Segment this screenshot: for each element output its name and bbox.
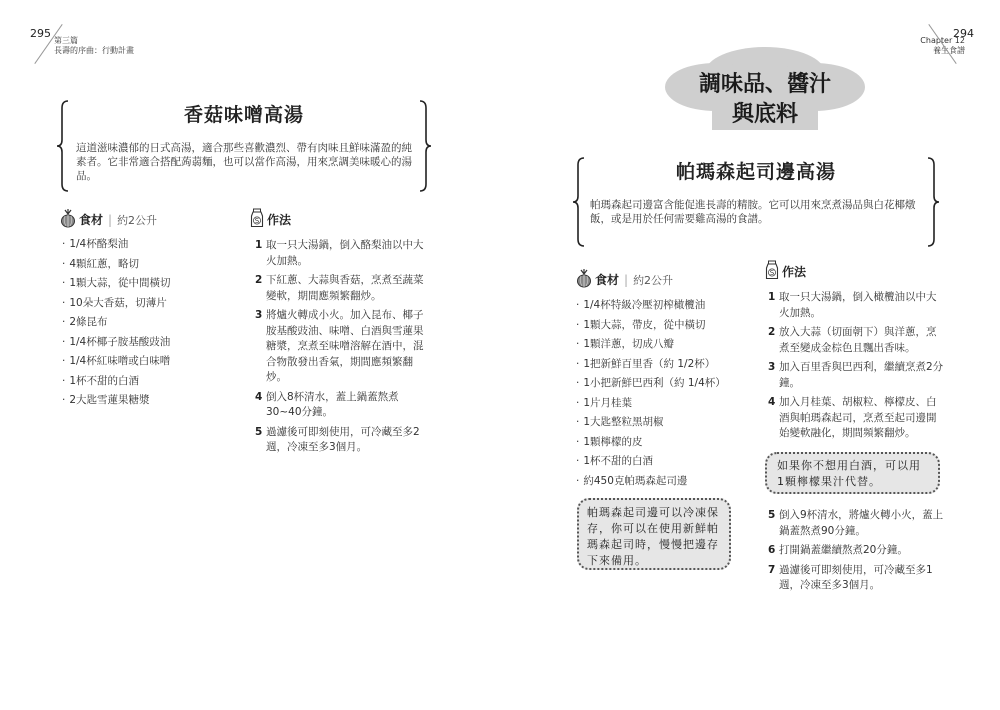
running-head: 第三篇 長壽的序曲：行動計畫 [54, 36, 134, 56]
step-item: 3加入百里香與巴西利，繼續烹煮2分鐘。 [768, 360, 944, 391]
banner-line-2: 與底料 [660, 97, 870, 128]
step-text: 過濾後可即刻使用，可冷藏至多2週，冷凍至多3個月。 [266, 425, 427, 456]
recipe-title: 帕瑪森起司邊高湯 [578, 157, 934, 184]
recipe-header-box: 香菇味噌高湯 這道滋味濃郁的日式高湯，適合那些喜歡濃烈、帶有肉味且鮮味滿盈的純素… [62, 100, 426, 192]
recipe-description: 帕瑪森起司邊富含能促進長壽的精胺。它可以用來烹煮湯品與白花椰燉飯，或是用於任何需… [578, 184, 934, 226]
step-text: 倒入8杯清水，蓋上鍋蓋熬煮30~40分鐘。 [266, 390, 427, 421]
spice-jar-icon: S [765, 260, 779, 283]
step-text: 下紅蔥、大蒜與香菇，烹煮至蔬菜變軟，期間應頻繁翻炒。 [266, 273, 427, 304]
step-number: 7 [768, 563, 779, 594]
step-text: 將爐火轉成小火。加入昆布、椰子胺基酸豉油、味噌、白酒與雪蓮果糖漿，烹煮至味噌溶解… [266, 308, 427, 386]
step-text: 放入大蒜（切面朝下）與洋蔥，烹煮至變成金棕色且飄出香味。 [779, 325, 944, 356]
separator: | [624, 273, 628, 287]
ingredient-item: 1顆洋蔥，切成八瓣 [576, 335, 726, 355]
step-item: 1取一只大湯鍋，倒入酪梨油以中大火加熱。 [255, 238, 427, 269]
part-title: 長壽的序曲：行動計畫 [54, 46, 134, 56]
ingredient-item: 1把新鮮百里香（約 1/2杯） [576, 355, 726, 375]
step-number: 2 [768, 325, 779, 356]
onion-icon [576, 268, 592, 291]
step-number: 4 [255, 390, 266, 421]
method-label: 作法 [782, 263, 806, 280]
ingredients-label: 食材 [79, 211, 103, 228]
step-number: 3 [255, 308, 266, 386]
recipe-title: 香菇味噌高湯 [62, 100, 426, 127]
ingredient-item: 約450克帕瑪森起司邊 [576, 472, 726, 492]
recipe-description: 這道滋味濃郁的日式高湯，適合那些喜歡濃烈、帶有肉味且鮮味滿盈的純素者。它非常適合… [62, 127, 426, 183]
yield: 約2公升 [117, 212, 157, 228]
step-item: 2放入大蒜（切面朝下）與洋蔥，烹煮至變成金棕色且飄出香味。 [768, 325, 944, 356]
method-steps-part-1: 1取一只大湯鍋，倒入橄欖油以中大火加熱。 2放入大蒜（切面朝下）與洋蔥，烹煮至變… [768, 290, 944, 446]
step-text: 加入百里香與巴西利，繼續烹煮2分鐘。 [779, 360, 944, 391]
step-text: 取一只大湯鍋，倒入橄欖油以中大火加熱。 [779, 290, 944, 321]
method-label: 作法 [267, 211, 291, 228]
separator: | [108, 213, 112, 227]
ingredients-heading: 食材 | 約2公升 [60, 208, 157, 231]
ingredient-list: 1/4杯酪梨油 4顆紅蔥，略切 1顆大蒜，從中間橫切 10朵大香菇，切薄片 2條… [62, 235, 171, 411]
step-number: 1 [255, 238, 266, 269]
ingredient-item: 1片月桂葉 [576, 394, 726, 414]
ingredient-item: 1顆大蒜，從中間橫切 [62, 274, 171, 294]
left-brace [572, 157, 586, 247]
part-label: 第三篇 [54, 36, 134, 46]
step-text: 打開鍋蓋繼續熬煮20分鐘。 [779, 543, 944, 559]
ingredient-item: 1小把新鮮巴西利（約 1/4杯） [576, 374, 726, 394]
spice-jar-icon: S [250, 208, 264, 231]
ingredient-item: 1顆檸檬的皮 [576, 433, 726, 453]
step-item: 5倒入9杯清水，將爐火轉小火，蓋上鍋蓋熬煮90分鐘。 [768, 508, 944, 539]
right-brace [418, 100, 432, 192]
page-number: 294 [953, 27, 974, 40]
ingredient-item: 4顆紅蔥，略切 [62, 255, 171, 275]
banner-line-1: 調味品、醬汁 [660, 67, 870, 98]
ingredient-item: 1杯不甜的白酒 [576, 452, 726, 472]
yield: 約2公升 [633, 272, 673, 288]
right-page: Chapter 12 養生食譜 294 調味品、醬汁 與底料 帕瑪森起司邊高湯 … [500, 0, 1000, 710]
ingredient-list: 1/4杯特級冷壓初榨橄欖油 1顆大蒜，帶皮，從中橫切 1顆洋蔥，切成八瓣 1把新… [576, 296, 726, 491]
substitution-tip-note: 如果你不想用白酒，可以用1顆檸檬果汁代替。 [765, 452, 940, 494]
step-text: 倒入9杯清水，將爐火轉小火，蓋上鍋蓋熬煮90分鐘。 [779, 508, 944, 539]
step-number: 1 [768, 290, 779, 321]
step-item: 1取一只大湯鍋，倒入橄欖油以中大火加熱。 [768, 290, 944, 321]
ingredient-item: 10朵大香菇，切薄片 [62, 294, 171, 314]
ingredient-item: 1/4杯椰子胺基酸豉油 [62, 333, 171, 353]
step-text: 加入月桂葉、胡椒粒、檸檬皮、白酒與帕瑪森起司，烹煮至起司邊開始變軟融化，期間頻繁… [779, 395, 944, 442]
ingredient-item: 1顆大蒜，帶皮，從中橫切 [576, 316, 726, 336]
ingredient-item: 1/4杯特級冷壓初榨橄欖油 [576, 296, 726, 316]
step-number: 5 [255, 425, 266, 456]
method-steps: 1取一只大湯鍋，倒入酪梨油以中大火加熱。 2下紅蔥、大蒜與香菇，烹煮至蔬菜變軟，… [255, 238, 427, 460]
method-heading: S 作法 [250, 208, 291, 231]
ingredient-item: 2條昆布 [62, 313, 171, 333]
method-steps-part-2: 5倒入9杯清水，將爐火轉小火，蓋上鍋蓋熬煮90分鐘。 6打開鍋蓋繼續熬煮20分鐘… [768, 508, 944, 598]
ingredient-item: 1杯不甜的白酒 [62, 372, 171, 392]
step-number: 4 [768, 395, 779, 442]
step-number: 6 [768, 543, 779, 559]
step-text: 取一只大湯鍋，倒入酪梨油以中大火加熱。 [266, 238, 427, 269]
chapter-title: 養生食譜 [905, 46, 965, 56]
step-item: 5過濾後可即刻使用，可冷藏至多2週，冷凍至多3個月。 [255, 425, 427, 456]
step-number: 5 [768, 508, 779, 539]
ingredient-item: 1/4杯紅味噌或白味噌 [62, 352, 171, 372]
step-item: 3將爐火轉成小火。加入昆布、椰子胺基酸豉油、味噌、白酒與雪蓮果糖漿，烹煮至味噌溶… [255, 308, 427, 386]
step-item: 7過濾後可即刻使用，可冷藏至多1週，冷凍至多3個月。 [768, 563, 944, 594]
section-banner: 調味品、醬汁 與底料 [660, 45, 870, 130]
storage-tip-note: 帕瑪森起司邊可以冷凍保存，你可以在使用新鮮帕瑪森起司時，慢慢把邊存下來備用。 [577, 498, 731, 570]
ingredients-heading: 食材 | 約2公升 [576, 268, 673, 291]
ingredient-item: 1/4杯酪梨油 [62, 235, 171, 255]
ingredient-item: 2大匙雪蓮果糖漿 [62, 391, 171, 411]
right-brace [926, 157, 940, 247]
left-page: 295 第三篇 長壽的序曲：行動計畫 香菇味噌高湯 這道滋味濃郁的日式高湯，適合… [0, 0, 500, 710]
step-item: 4倒入8杯清水，蓋上鍋蓋熬煮30~40分鐘。 [255, 390, 427, 421]
step-item: 4加入月桂葉、胡椒粒、檸檬皮、白酒與帕瑪森起司，烹煮至起司邊開始變軟融化，期間頻… [768, 395, 944, 442]
ingredient-item: 1大匙整粒黑胡椒 [576, 413, 726, 433]
step-item: 6打開鍋蓋繼續熬煮20分鐘。 [768, 543, 944, 559]
recipe-header-box: 帕瑪森起司邊高湯 帕瑪森起司邊富含能促進長壽的精胺。它可以用來烹煮湯品與白花椰燉… [578, 157, 934, 247]
onion-icon [60, 208, 76, 231]
page-number: 295 [30, 27, 51, 40]
left-brace [56, 100, 70, 192]
step-number: 3 [768, 360, 779, 391]
method-heading: S 作法 [765, 260, 806, 283]
step-number: 2 [255, 273, 266, 304]
step-text: 過濾後可即刻使用，可冷藏至多1週，冷凍至多3個月。 [779, 563, 944, 594]
step-item: 2下紅蔥、大蒜與香菇，烹煮至蔬菜變軟，期間應頻繁翻炒。 [255, 273, 427, 304]
ingredients-label: 食材 [595, 271, 619, 288]
